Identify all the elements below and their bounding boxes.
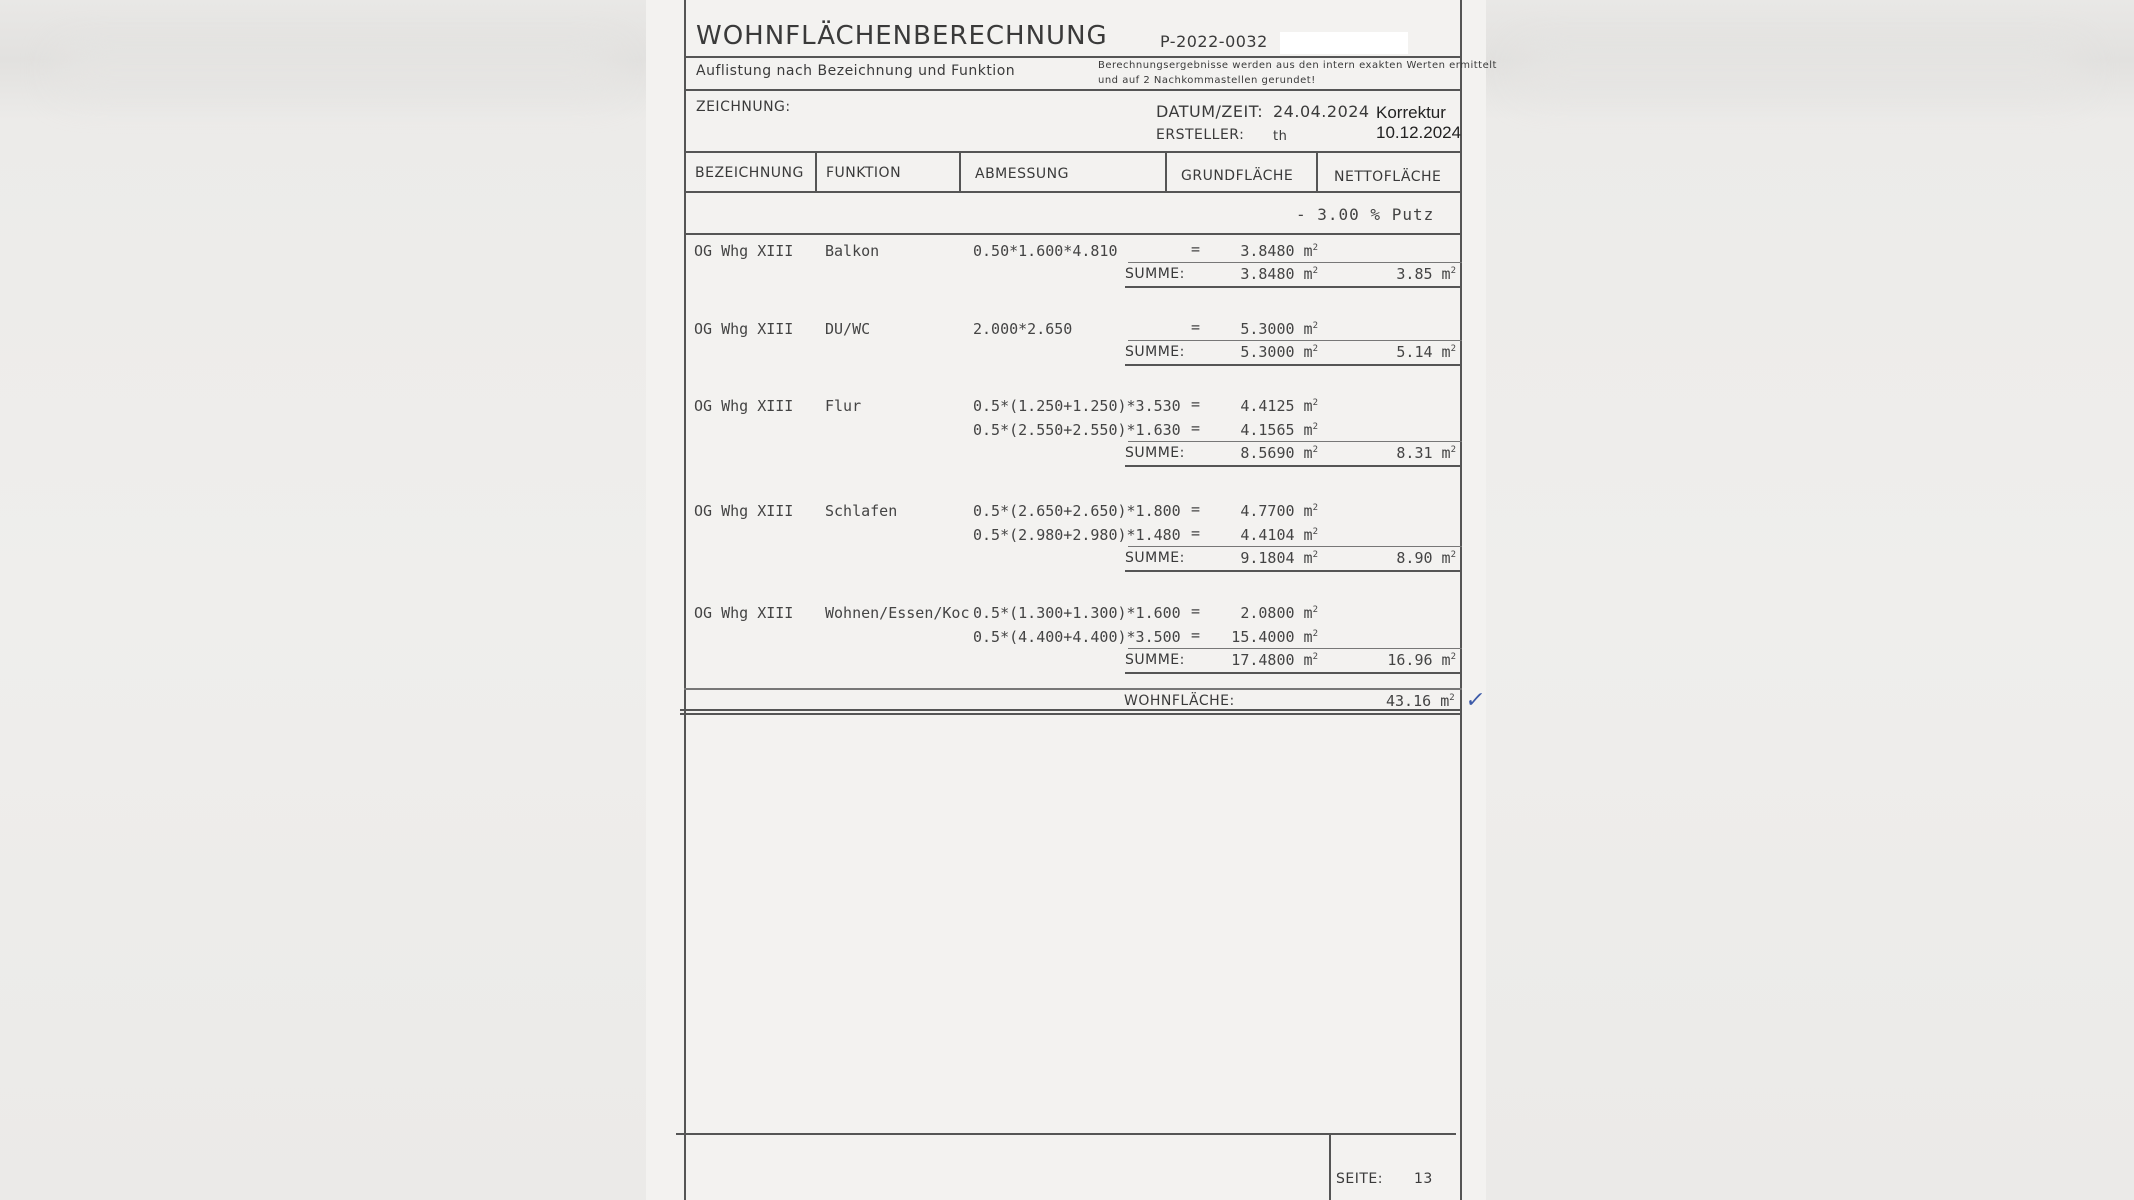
gross-area-value: 5.3000 m2 bbox=[1198, 322, 1318, 337]
gross-area-value: 4.1565 m2 bbox=[1198, 423, 1318, 438]
unit-exponent: 2 bbox=[1313, 629, 1318, 639]
frame-right-border bbox=[1460, 0, 1462, 1200]
net-area-value: 5.14 m2 bbox=[1336, 345, 1456, 360]
row-divider bbox=[684, 191, 1462, 193]
unit: m bbox=[1304, 320, 1313, 338]
total-divider bbox=[684, 688, 1462, 690]
room-dimension: 0.5*(4.400+4.400)*3.500 bbox=[973, 630, 1181, 645]
column-divider bbox=[1316, 151, 1318, 191]
area-number: 15.4000 bbox=[1231, 628, 1294, 646]
redacted-area bbox=[1280, 32, 1408, 54]
room-designation: OG Whg XIII bbox=[694, 244, 793, 259]
sum-label: SUMME: bbox=[1125, 446, 1185, 460]
gross-area-value: 4.4104 m2 bbox=[1198, 528, 1318, 543]
sum-label: SUMME: bbox=[1125, 653, 1185, 667]
net-area-value: 16.96 m2 bbox=[1336, 653, 1456, 668]
subtitle: Auflistung nach Bezeichnung und Funktion bbox=[696, 64, 1015, 78]
room-designation: OG Whg XIII bbox=[694, 399, 793, 414]
sum-divider-bottom bbox=[1125, 364, 1462, 366]
area-number: 16.96 bbox=[1387, 651, 1432, 669]
gross-area-sum: 5.3000 m2 bbox=[1198, 345, 1318, 360]
footer-column-divider bbox=[1329, 1134, 1331, 1200]
gross-area-sum: 17.4800 m2 bbox=[1198, 653, 1318, 668]
unit: m bbox=[1304, 343, 1313, 361]
sum-divider-top bbox=[1128, 441, 1462, 442]
page-number: 13 bbox=[1414, 1172, 1433, 1186]
unit-exponent: 2 bbox=[1313, 398, 1318, 408]
room-dimension: 0.5*(2.980+2.980)*1.480 bbox=[973, 528, 1181, 543]
unit: m bbox=[1304, 444, 1313, 462]
unit-exponent: 2 bbox=[1313, 243, 1318, 253]
unit: m bbox=[1304, 651, 1313, 669]
unit: m bbox=[1304, 628, 1313, 646]
gross-area-value: 3.8480 m2 bbox=[1198, 244, 1318, 259]
area-number: 5.14 bbox=[1396, 343, 1432, 361]
sum-label: SUMME: bbox=[1125, 267, 1185, 281]
row-divider bbox=[684, 233, 1462, 235]
gross-area-sum: 3.8480 m2 bbox=[1198, 267, 1318, 282]
unit: m bbox=[1304, 242, 1313, 260]
column-divider bbox=[1165, 151, 1167, 191]
column-header-designation: BEZEICHNUNG bbox=[695, 166, 804, 180]
unit: m bbox=[1304, 397, 1313, 415]
rounding-note-line2: und auf 2 Nachkommastellen gerundet! bbox=[1098, 76, 1316, 86]
unit-exponent: 2 bbox=[1449, 693, 1454, 703]
room-function: Wohnen/Essen/Koc bbox=[825, 606, 970, 621]
unit-exponent: 2 bbox=[1451, 445, 1456, 455]
sum-divider-bottom bbox=[1125, 570, 1462, 572]
frame-left-border bbox=[684, 0, 686, 1200]
area-number: 5.3000 bbox=[1240, 320, 1294, 338]
area-number: 17.4800 bbox=[1231, 651, 1294, 669]
unit: m bbox=[1304, 549, 1313, 567]
sum-divider-top bbox=[1128, 648, 1462, 649]
room-dimension: 2.000*2.650 bbox=[973, 322, 1072, 337]
area-number: 5.3000 bbox=[1240, 343, 1294, 361]
room-function: Balkon bbox=[825, 244, 879, 259]
total-number: 43.16 bbox=[1386, 692, 1431, 710]
sum-divider-bottom bbox=[1125, 465, 1462, 467]
unit-exponent: 2 bbox=[1313, 422, 1318, 432]
unit: m bbox=[1304, 421, 1313, 439]
room-designation: OG Whg XIII bbox=[694, 504, 793, 519]
unit-exponent: 2 bbox=[1313, 445, 1318, 455]
unit: m bbox=[1442, 343, 1451, 361]
room-designation: OG Whg XIII bbox=[694, 606, 793, 621]
column-header-net-area: NETTOFLÄCHE bbox=[1334, 170, 1441, 184]
net-area-value: 8.31 m2 bbox=[1336, 446, 1456, 461]
room-dimension: 0.5*(1.250+1.250)*3.530 bbox=[973, 399, 1181, 414]
room-function: Schlafen bbox=[825, 504, 897, 519]
row-divider bbox=[684, 151, 1462, 153]
net-area-value: 8.90 m2 bbox=[1336, 551, 1456, 566]
room-function: Flur bbox=[825, 399, 861, 414]
unit-exponent: 2 bbox=[1313, 550, 1318, 560]
room-dimension: 0.5*(2.550+2.550)*1.630 bbox=[973, 423, 1181, 438]
area-number: 4.4104 bbox=[1240, 526, 1294, 544]
area-number: 8.90 bbox=[1396, 549, 1432, 567]
column-header-gross-area: GRUNDFLÄCHE bbox=[1181, 169, 1293, 183]
page-title: WOHNFLÄCHENBERECHNUNG bbox=[696, 23, 1108, 49]
rounding-note-line1: Berechnungsergebnisse werden aus den int… bbox=[1098, 61, 1497, 71]
sum-divider-bottom bbox=[1125, 672, 1462, 674]
row-divider bbox=[684, 56, 1462, 58]
area-number: 8.31 bbox=[1396, 444, 1432, 462]
footer-divider bbox=[676, 1133, 1456, 1135]
unit: m bbox=[1304, 604, 1313, 622]
double-line-top bbox=[680, 709, 1462, 711]
unit-exponent: 2 bbox=[1313, 527, 1318, 537]
unit-exponent: 2 bbox=[1451, 652, 1456, 662]
gross-area-value: 4.7700 m2 bbox=[1198, 504, 1318, 519]
room-function: DU/WC bbox=[825, 322, 870, 337]
unit-exponent: 2 bbox=[1313, 344, 1318, 354]
area-number: 4.7700 bbox=[1240, 502, 1294, 520]
area-number: 2.0800 bbox=[1240, 604, 1294, 622]
column-divider bbox=[815, 151, 817, 191]
gross-area-value: 2.0800 m2 bbox=[1198, 606, 1318, 621]
sum-divider-top bbox=[1128, 262, 1462, 263]
unit-exponent: 2 bbox=[1451, 266, 1456, 276]
column-header-function: FUNKTION bbox=[826, 166, 901, 180]
area-number: 3.8480 bbox=[1240, 265, 1294, 283]
unit: m bbox=[1442, 549, 1451, 567]
column-divider bbox=[959, 151, 961, 191]
unit-exponent: 2 bbox=[1313, 503, 1318, 513]
area-number: 4.4125 bbox=[1240, 397, 1294, 415]
net-area-value: 3.85 m2 bbox=[1336, 267, 1456, 282]
unit: m bbox=[1304, 265, 1313, 283]
unit: m bbox=[1440, 692, 1449, 710]
blurred-background-band bbox=[1520, 50, 2080, 90]
area-number: 8.5690 bbox=[1240, 444, 1294, 462]
author-value: th bbox=[1273, 130, 1287, 143]
gross-area-sum: 8.5690 m2 bbox=[1198, 446, 1318, 461]
unit-exponent: 2 bbox=[1313, 652, 1318, 662]
room-dimension: 0.5*(1.300+1.300)*1.600 bbox=[973, 606, 1181, 621]
page-label: SEITE: bbox=[1336, 1172, 1383, 1186]
unit: m bbox=[1304, 526, 1313, 544]
room-dimension: 0.5*(2.650+2.650)*1.800 bbox=[973, 504, 1181, 519]
room-dimension: 0.50*1.600*4.810 bbox=[973, 244, 1118, 259]
area-number: 9.1804 bbox=[1240, 549, 1294, 567]
area-number: 3.85 bbox=[1396, 265, 1432, 283]
drawing-label: ZEICHNUNG: bbox=[696, 100, 791, 114]
sum-divider-top bbox=[1128, 546, 1462, 547]
sum-divider-bottom bbox=[1125, 286, 1462, 288]
room-designation: OG Whg XIII bbox=[694, 322, 793, 337]
total-label: WOHNFLÄCHE: bbox=[1124, 694, 1235, 708]
sum-divider-top bbox=[1128, 340, 1462, 341]
double-line-bottom bbox=[680, 713, 1462, 715]
unit-exponent: 2 bbox=[1313, 321, 1318, 331]
area-number: 3.8480 bbox=[1240, 242, 1294, 260]
unit: m bbox=[1442, 444, 1451, 462]
column-header-dimension: ABMESSUNG bbox=[975, 167, 1069, 181]
plaster-deduction: - 3.00 % Putz bbox=[1296, 207, 1434, 223]
unit: m bbox=[1442, 265, 1451, 283]
row-divider bbox=[684, 89, 1462, 91]
author-label: ERSTELLER: bbox=[1156, 128, 1244, 142]
date-value: 24.04.2024 bbox=[1273, 104, 1370, 120]
date-label: DATUM/ZEIT: bbox=[1156, 104, 1263, 120]
area-number: 4.1565 bbox=[1240, 421, 1294, 439]
correction-date: 10.12.2024 bbox=[1376, 124, 1461, 141]
sum-label: SUMME: bbox=[1125, 345, 1185, 359]
gross-area-value: 4.4125 m2 bbox=[1198, 399, 1318, 414]
unit-exponent: 2 bbox=[1313, 266, 1318, 276]
blurred-background-band bbox=[60, 50, 620, 90]
total-value: 43.16 m2 bbox=[1386, 694, 1455, 709]
unit: m bbox=[1304, 502, 1313, 520]
correction-label: Korrektur bbox=[1376, 104, 1446, 121]
sum-label: SUMME: bbox=[1125, 551, 1185, 565]
unit-exponent: 2 bbox=[1451, 550, 1456, 560]
gross-area-sum: 9.1804 m2 bbox=[1198, 551, 1318, 566]
project-number: P-2022-0032 bbox=[1160, 34, 1268, 50]
unit-exponent: 2 bbox=[1313, 605, 1318, 615]
unit: m bbox=[1442, 651, 1451, 669]
gross-area-value: 15.4000 m2 bbox=[1198, 630, 1318, 645]
unit-exponent: 2 bbox=[1451, 344, 1456, 354]
